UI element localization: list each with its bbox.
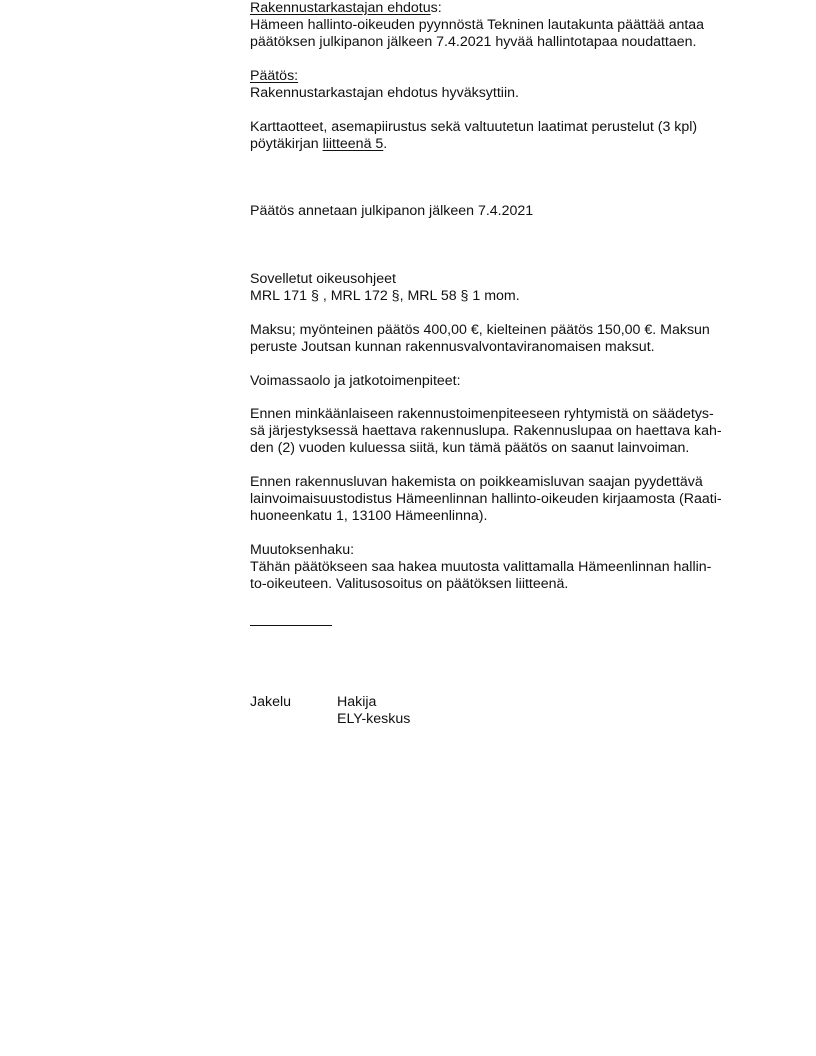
attachments-line: pöytäkirjan liitteenä 5. (250, 136, 750, 153)
fee-section: Maksu; myönteinen päätös 400,00 €, kielt… (250, 322, 750, 356)
attachment-link[interactable]: liitteenä 5 (323, 136, 384, 152)
appeal-line: to-oikeuteen. Valitusosoitus on päätökse… (250, 576, 750, 593)
validity-heading: Voimassaolo ja jatkotoimenpiteet: (250, 373, 750, 390)
decision-section: Päätös: Rakennustarkastajan ehdotus hyvä… (250, 68, 750, 102)
separator-line (250, 625, 332, 626)
fee-line: peruste Joutsan kunnan rakennusvalvontav… (250, 339, 750, 356)
attachments-section: Karttaotteet, asemapiirustus sekä valtuu… (250, 119, 750, 153)
appeal-section: Muutoksenhaku: Tähän päätökseen saa hake… (250, 542, 750, 593)
applied-law-heading: Sovelletut oikeusohjeet (250, 271, 750, 288)
distribution-label: Jakelu (250, 694, 291, 711)
applied-law-text: MRL 171 § , MRL 172 §, MRL 58 § 1 mom. (250, 288, 750, 305)
distribution-recipient: Hakija (337, 694, 376, 711)
validity-paragraph-1: Ennen minkäänlaiseen rakennustoimenpitee… (250, 406, 750, 457)
proposal-text-line: Hämeen hallinto-oikeuden pyynnöstä Tekni… (250, 17, 750, 34)
decision-heading: Päätös: (250, 68, 750, 85)
proposal-text-line: päätöksen julkipanon jälkeen 7.4.2021 hy… (250, 34, 750, 51)
proposal-heading: Rakennustarkastajan ehdotus: (250, 0, 750, 17)
decision-text: Rakennustarkastajan ehdotus hyväksyttiin… (250, 85, 750, 102)
distribution-recipient: ELY-keskus (337, 711, 410, 728)
announcement: Päätös annetaan julkipanon jälkeen 7.4.2… (250, 203, 750, 220)
appeal-heading: Muutoksenhaku: (250, 542, 750, 559)
proposal-section: Rakennustarkastajan ehdotus: Hämeen hall… (250, 0, 750, 51)
attachments-line: Karttaotteet, asemapiirustus sekä valtuu… (250, 119, 750, 136)
fee-line: Maksu; myönteinen päätös 400,00 €, kielt… (250, 322, 750, 339)
appeal-line: Tähän päätökseen saa hakea muutosta vali… (250, 559, 750, 576)
applied-law-section: Sovelletut oikeusohjeet MRL 171 § , MRL … (250, 271, 750, 305)
validity-paragraph-2: Ennen rakennusluvan hakemista on poikkea… (250, 474, 750, 525)
